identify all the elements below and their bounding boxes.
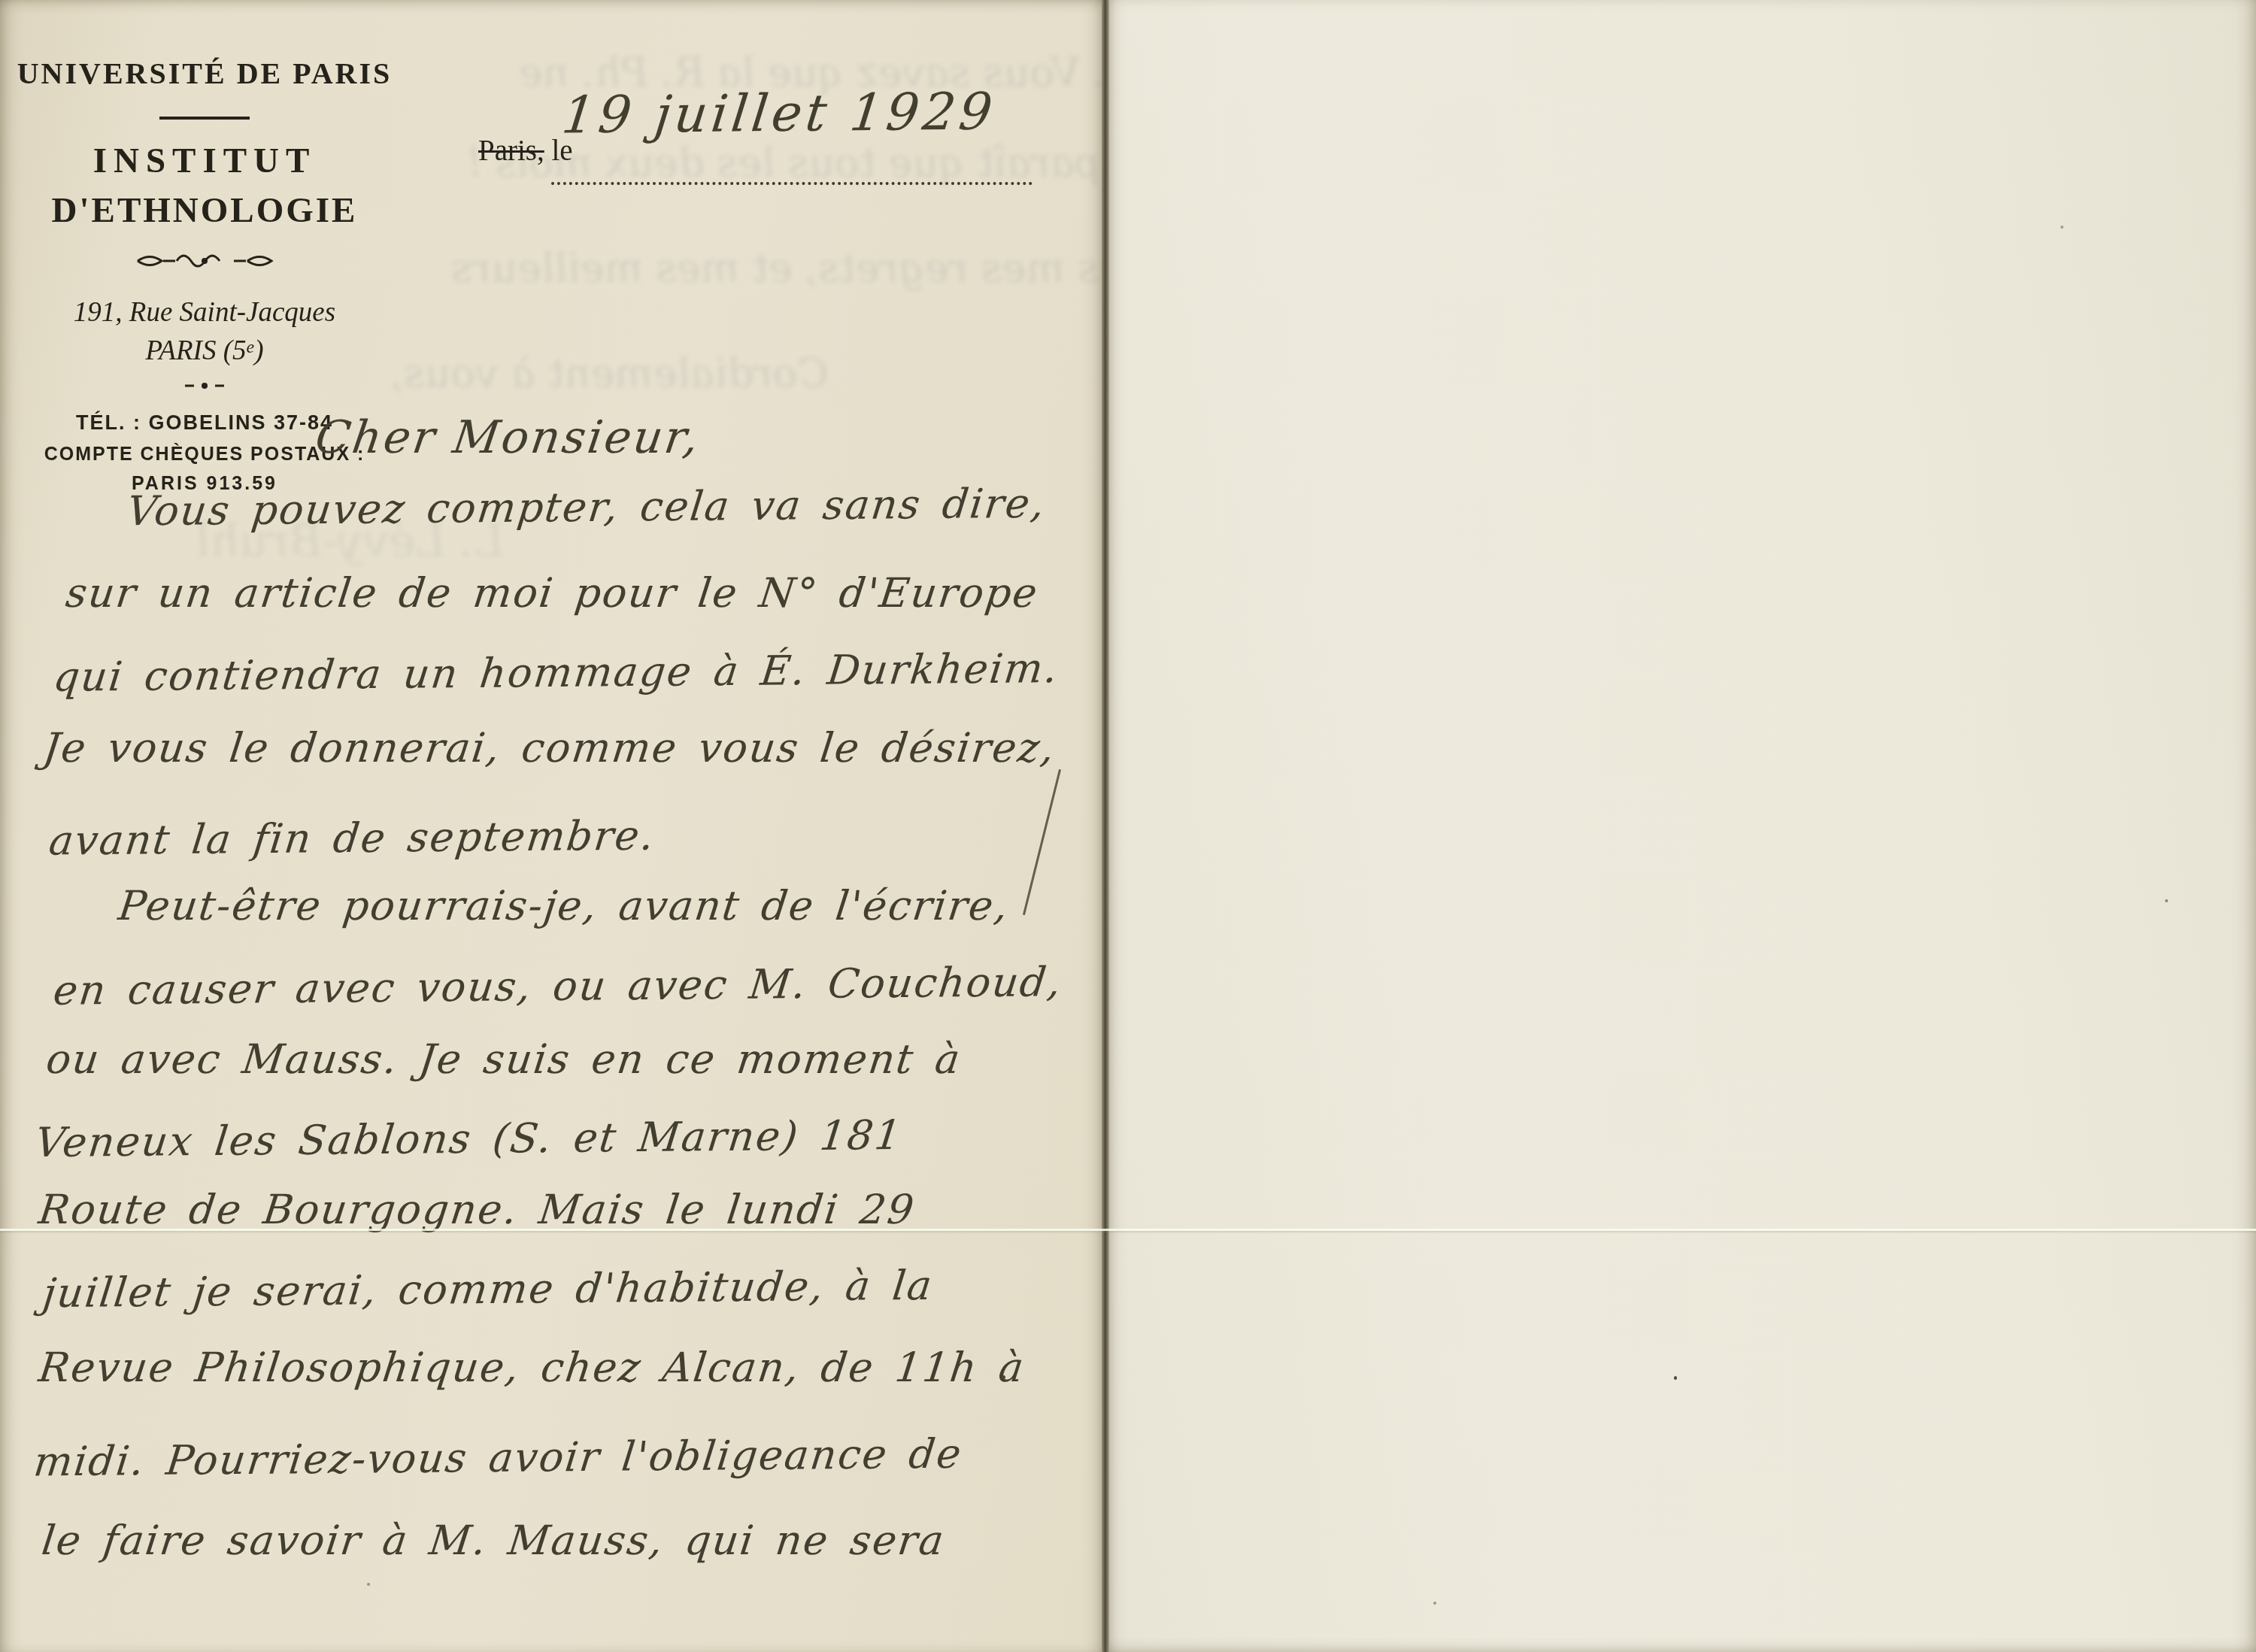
dateline-handwritten-date: 19 juillet 1929 xyxy=(559,86,999,141)
paper-speck xyxy=(1674,1376,1677,1380)
page-left: partie. Vous savez que la R. Ph. ne para… xyxy=(0,0,1103,1652)
page-right: UNIVERSITÉ DE PARIS D'ETHNOLOGIE ou avec… xyxy=(1108,0,2256,1652)
dateline-city-struck: Paris, xyxy=(478,135,544,167)
paper-speck xyxy=(1002,1375,1005,1379)
body-line: midi. Pourriez-vous avoir l'obligeance d… xyxy=(32,1434,964,1483)
letterhead-rule xyxy=(159,117,250,120)
body-line: ou avec Mauss. Je suis en ce moment à xyxy=(44,1039,964,1080)
letterhead-university: UNIVERSITÉ DE PARIS xyxy=(9,56,400,91)
body-line: qui contiendra un hommage à É. Durkheim. xyxy=(51,648,1061,698)
ornament-dash-dot-icon xyxy=(9,380,400,395)
page-seam xyxy=(1102,0,1109,1652)
body-line: Peut-être pourrais-je, avant de l'écrire… xyxy=(117,886,1011,926)
letterhead-address-city: PARIS (5e) xyxy=(9,335,400,367)
body-line: le faire savoir à M. Mauss, qui ne sera xyxy=(40,1520,948,1561)
body-line: sur un article de moi pour le N° d'Europ… xyxy=(64,573,1041,614)
letterhead-address-street: 191, Rue Saint-Jacques xyxy=(9,296,400,329)
salutation: Cher Monsieur, xyxy=(313,415,704,460)
paper-speck xyxy=(2165,899,2168,902)
body-line: avant la fin de septembre. xyxy=(47,815,658,861)
body-line: Revue Philosophique, chez Alcan, de 11h … xyxy=(37,1347,1027,1388)
body-line: Vous pouvez compter, cela va sans dire, xyxy=(125,483,1048,532)
letterhead-institute-line2: D'ETHNOLOGIE xyxy=(9,190,400,231)
paper-speck xyxy=(2060,226,2063,229)
body-line: Veneux les Sablons (S. et Marne) 181 xyxy=(33,1115,904,1163)
body-line: en causer avec vous, ou avec M. Couchoud… xyxy=(51,962,1064,1011)
fold-crease xyxy=(0,1229,2256,1231)
body-line: Je vous le donnerai, comme vous le désir… xyxy=(41,728,1058,768)
ornament-flourish-icon xyxy=(9,250,400,275)
letter-scan: partie. Vous savez que la R. Ph. ne para… xyxy=(0,0,2256,1652)
body-line: Route de Bourgogne. Mais le lundi 29 xyxy=(37,1190,917,1230)
paper-speck xyxy=(1433,1602,1436,1605)
pen-flourish xyxy=(1023,769,1061,916)
body-line: juillet je serai, comme d'habitude, à la xyxy=(41,1266,935,1314)
bleedthrough-text: Cordialement à vous, xyxy=(389,353,830,394)
paper-speck xyxy=(367,1583,370,1586)
dateline-printed: Paris, le xyxy=(478,134,573,168)
letterhead-institute-line1: INSTITUT xyxy=(9,141,400,181)
